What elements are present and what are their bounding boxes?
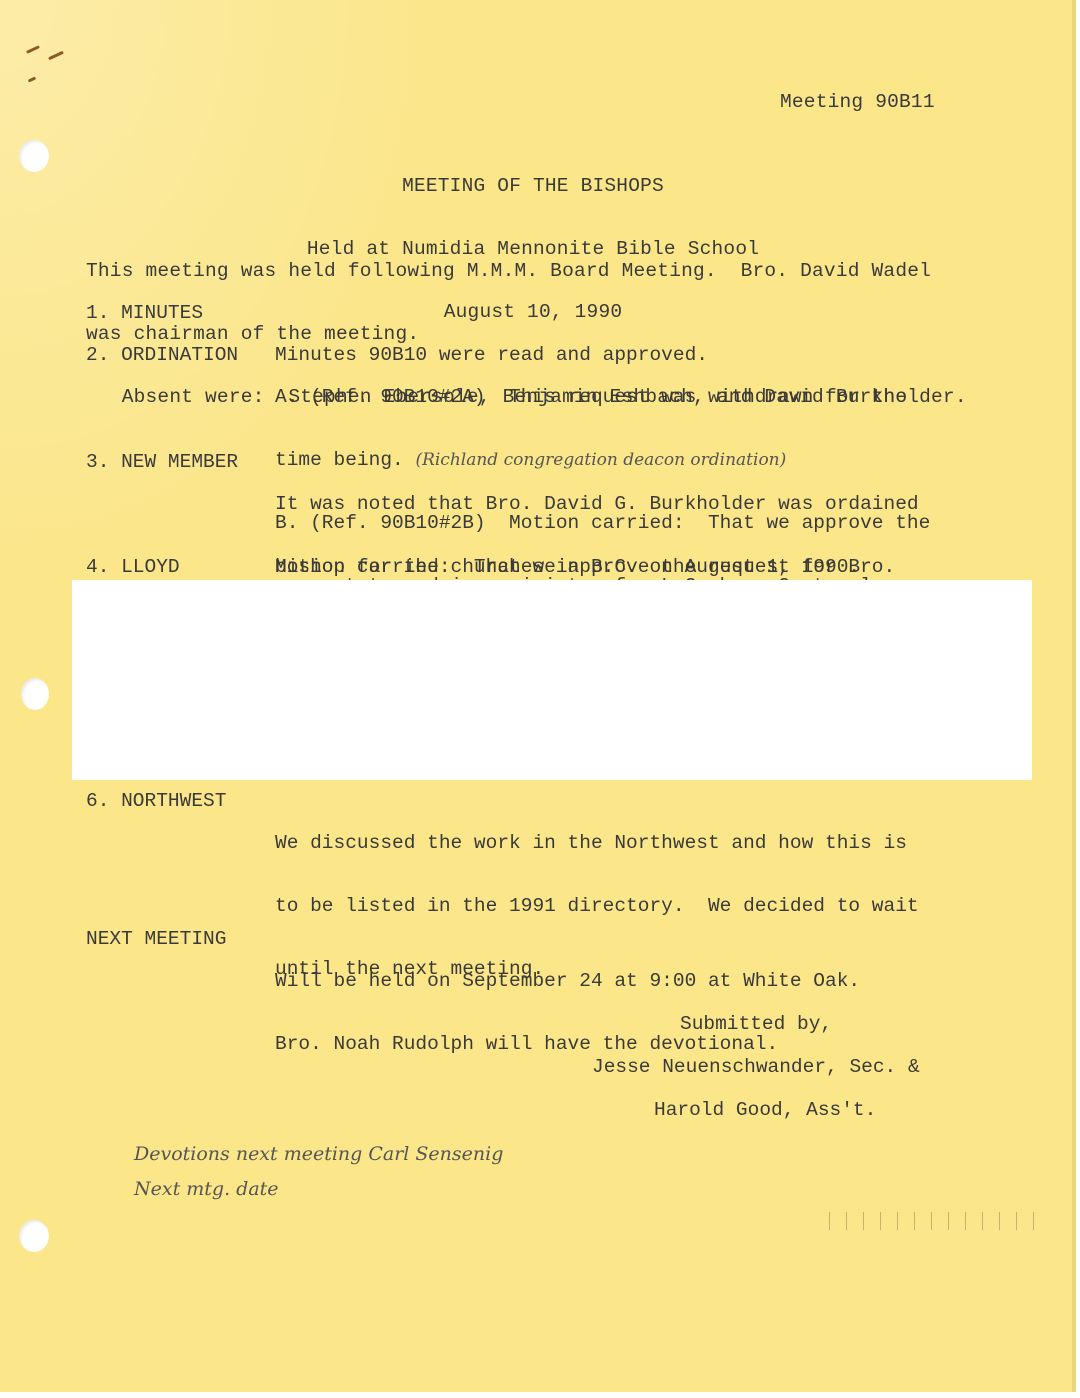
- item-line: Will be held on September 24 at 9:00 at …: [275, 971, 860, 992]
- ink-mark: [26, 45, 40, 54]
- label-line: 4. LLOYD: [86, 557, 191, 578]
- item-line: Motion carried: That we approve the requ…: [275, 557, 895, 578]
- item-minutes-label: 1. MINUTES: [86, 303, 203, 324]
- binder-hole-bottom: [19, 1220, 49, 1252]
- document-page: Meeting 90B11 MEETING OF THE BISHOPS Hel…: [0, 0, 1076, 1392]
- item-line: It was noted that Bro. David G. Burkhold…: [275, 494, 919, 515]
- item-new-member-label: 3. NEW MEMBER: [86, 452, 238, 473]
- paper-edge: [1072, 0, 1076, 1392]
- ink-mark: [28, 76, 37, 82]
- item-line: to be listed in the 1991 directory. We d…: [275, 896, 919, 917]
- handwritten-note-devotions: Devotions next meeting Carl Sensenig: [134, 1143, 503, 1165]
- scan-artifact: [820, 1212, 1050, 1230]
- item-line: We discussed the work in the Northwest a…: [275, 833, 919, 854]
- binder-hole-middle: [21, 678, 49, 710]
- binder-hole-top: [19, 140, 49, 172]
- item-line: A. (Ref. 90B10#2A) This request was with…: [275, 387, 930, 408]
- redacted-section: [72, 580, 1032, 780]
- intro-line: This meeting was held following M.M.M. B…: [86, 261, 967, 282]
- secretary-name: Jesse Neuenschwander, Sec. &: [592, 1057, 920, 1078]
- title-line: MEETING OF THE BISHOPS: [290, 176, 776, 197]
- ink-mark: [48, 51, 64, 60]
- next-meeting-label: NEXT MEETING: [86, 929, 226, 950]
- submitted-by: Submitted by,: [680, 1014, 832, 1035]
- item-ordination-label: 2. ORDINATION: [86, 345, 238, 366]
- meeting-number: Meeting 90B11: [780, 92, 935, 113]
- handwritten-note-next-date: Next mtg. date: [134, 1178, 279, 1200]
- item-northwest-label: 6. NORTHWEST: [86, 791, 226, 812]
- item-line: Bro. Noah Rudolph will have the devotion…: [275, 1034, 860, 1055]
- assistant-name: Harold Good, Ass't.: [654, 1100, 876, 1121]
